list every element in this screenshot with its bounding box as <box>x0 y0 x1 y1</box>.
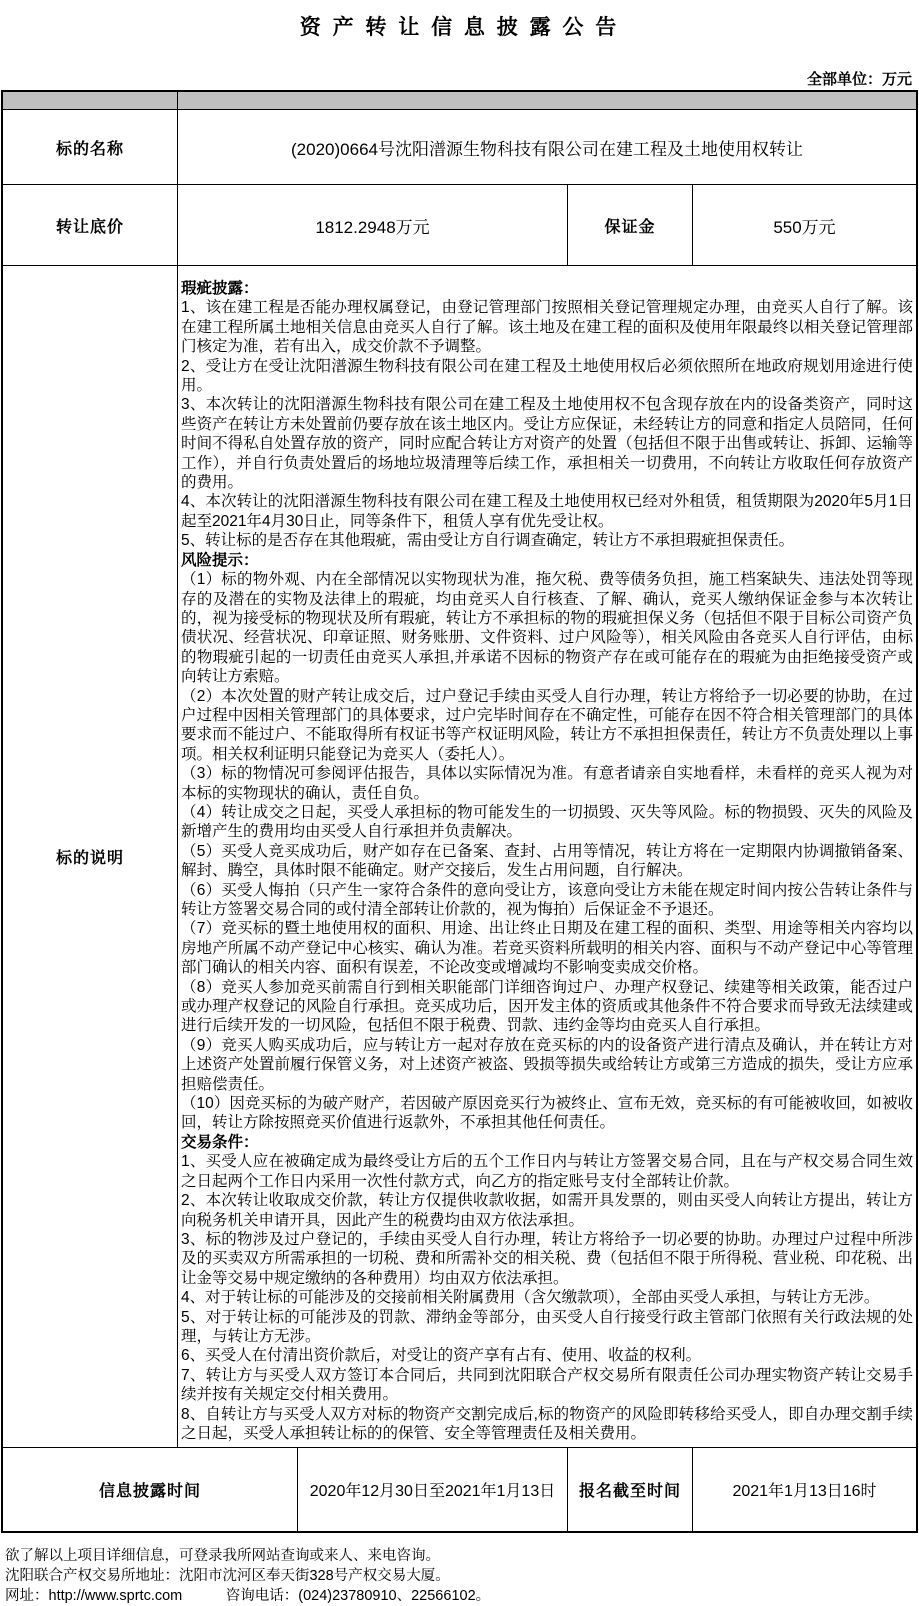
deposit-label: 保证金 <box>568 185 693 265</box>
subject-description-cell: 瑕疵披露： 1、该在建工程是否能办理权属登记，由登记管理部门按照相关登记管理规定… <box>178 266 916 1447</box>
risk-item: （2）本次处置的财产转让成交后，过户登记手续由买受人自行办理，转让方将给予一切必… <box>181 687 913 765</box>
subject-description-label: 标的说明 <box>3 266 178 1447</box>
risk-item: （4）转让成交之日起，买受人承担标的物可能发生的一切损毁、灭失等风险。标的物损毁… <box>181 803 913 842</box>
time-row: 信息披露时间 2020年12月30日至2021年1月13日 报名截至时间 202… <box>3 1447 916 1531</box>
table-header-row <box>3 92 916 109</box>
condition-item: 4、对于转让标的可能涉及的交接前相关附属费用（含欠缴款项），全部由买受人承担，与… <box>181 1288 913 1307</box>
subject-description-row: 标的说明 瑕疵披露： 1、该在建工程是否能办理权属登记，由登记管理部门按照相关登… <box>3 265 916 1447</box>
risk-item: （8）竞买人参加竞买前需自行到相关职能部门详细咨询过户、办理产权登记、续建等相关… <box>181 978 913 1036</box>
risk-item: （6）买受人悔拍（只产生一家符合条件的意向受让方，该意向受让方未能在规定时间内按… <box>181 881 913 920</box>
risk-item: （5）买受人竞买成功后，财产如存在已备案、查封、占用等情况，转让方将在一定期限内… <box>181 842 913 881</box>
defect-item: 2、受让方在受让沈阳潽源生物科技有限公司在建工程及土地使用权后必须依照所在地政府… <box>181 357 913 396</box>
disclosure-table: 标的名称 (2020)0664号沈阳潽源生物科技有限公司在建工程及土地使用权转让… <box>1 90 918 1533</box>
disclosure-period-label: 信息披露时间 <box>3 1448 298 1531</box>
header-cell-right <box>178 92 916 109</box>
subject-name-value: (2020)0664号沈阳潽源生物科技有限公司在建工程及土地使用权转让 <box>178 110 916 184</box>
condition-item: 8、自转让方与买受人双方对标的物资产交割完成后,标的物资产的风险即转移给买受人，… <box>181 1405 913 1444</box>
subject-name-row: 标的名称 (2020)0664号沈阳潽源生物科技有限公司在建工程及土地使用权转让 <box>3 109 916 184</box>
disclosure-period-value: 2020年12月30日至2021年1月13日 <box>298 1448 568 1531</box>
registration-deadline-value: 2021年1月13日16时 <box>693 1448 916 1531</box>
section-heading-conditions: 交易条件： <box>181 1133 913 1152</box>
floor-price-label: 转让底价 <box>3 185 178 265</box>
section-heading-defects: 瑕疵披露： <box>181 279 913 298</box>
risk-item: （1）标的物外观、内在全部情况以实物现状为准，拖欠税、费等债务负担，施工档案缺失… <box>181 570 913 686</box>
risk-item: （9）竞买人购买成功后，应与转让方一起对存放在竞买标的内的设备资产进行清点及确认… <box>181 1036 913 1094</box>
condition-item: 2、本次转让收取成交价款，转让方仅提供收款收据，如需开具发票的，则由买受人向转让… <box>181 1191 913 1230</box>
price-row: 转让底价 1812.2948万元 保证金 550万元 <box>3 184 916 265</box>
risk-item: （3）标的物情况可参阅评估报告，具体以实际情况为准。有意者请亲自实地看样，未看样… <box>181 764 913 803</box>
condition-item: 6、买受人在付清出资价款后，对受让的资产享有占有、使用、收益的权利。 <box>181 1346 913 1365</box>
defect-item: 3、本次转让的沈阳潽源生物科技有限公司在建工程及土地使用权不包含现存放在内的设备… <box>181 395 913 492</box>
header-cell-left <box>3 92 178 109</box>
page-title: 资 产 转 让 信 息 披 露 公 告 <box>0 0 919 41</box>
footer-info-line: 欲了解以上项目详细信息，可登录我所网站查询或来人、来电咨询。 <box>5 1546 919 1566</box>
section-heading-risks: 风险提示： <box>181 551 913 570</box>
condition-item: 1、买受人应在被确定成为最终受让方后的五个工作日内与转让方签署交易合同，且在与产… <box>181 1152 913 1191</box>
defect-item: 4、本次转让的沈阳潽源生物科技有限公司在建工程及土地使用权已经对外租赁，租赁期限… <box>181 492 913 531</box>
unit-note: 全部单位：万元 <box>0 68 919 90</box>
subject-name-label: 标的名称 <box>3 110 178 184</box>
registration-deadline-label: 报名截至时间 <box>568 1448 693 1531</box>
condition-item: 5、对于转让标的可能涉及的罚款、滞纳金等部分，由买受人自行接受行政主管部门依照有… <box>181 1308 913 1347</box>
footer-address-line: 沈阳联合产权交易所地址：沈阳市沈河区奉天街328号产权交易大厦。 <box>5 1566 919 1586</box>
deposit-value: 550万元 <box>693 185 916 265</box>
subject-description-text: 瑕疵披露： 1、该在建工程是否能办理权属登记，由登记管理部门按照相关登记管理规定… <box>181 279 913 1443</box>
risk-item: （7）竞买标的暨土地使用权的面积、用途、出让终止日期及在建工程的面积、类型、用途… <box>181 919 913 977</box>
footer: 欲了解以上项目详细信息，可登录我所网站查询或来人、来电咨询。 沈阳联合产权交易所… <box>0 1546 919 1606</box>
risk-item: （10）因竞买标的为破产财产，若因破产原因竞买行为被终止、宣布无效，竞买标的有可… <box>181 1094 913 1133</box>
defect-item: 5、转让标的是否存在其他瑕疵，需由受让方自行调查确定，转让方不承担瑕疵担保责任。 <box>181 531 913 550</box>
floor-price-value: 1812.2948万元 <box>178 185 568 265</box>
footer-website-phone-line: 网址：http://www.sprtc.com 咨询电话：(024)237809… <box>5 1586 919 1606</box>
condition-item: 3、标的物涉及过户登记的，手续由买受人自行办理，转让方将给予一切必要的协助。办理… <box>181 1230 913 1288</box>
condition-item: 7、转让方与买受人双方签订本合同后，共同到沈阳联合产权交易所有限责任公司办理实物… <box>181 1366 913 1405</box>
defect-item: 1、该在建工程是否能办理权属登记，由登记管理部门按照相关登记管理规定办理，由竞买… <box>181 298 913 356</box>
